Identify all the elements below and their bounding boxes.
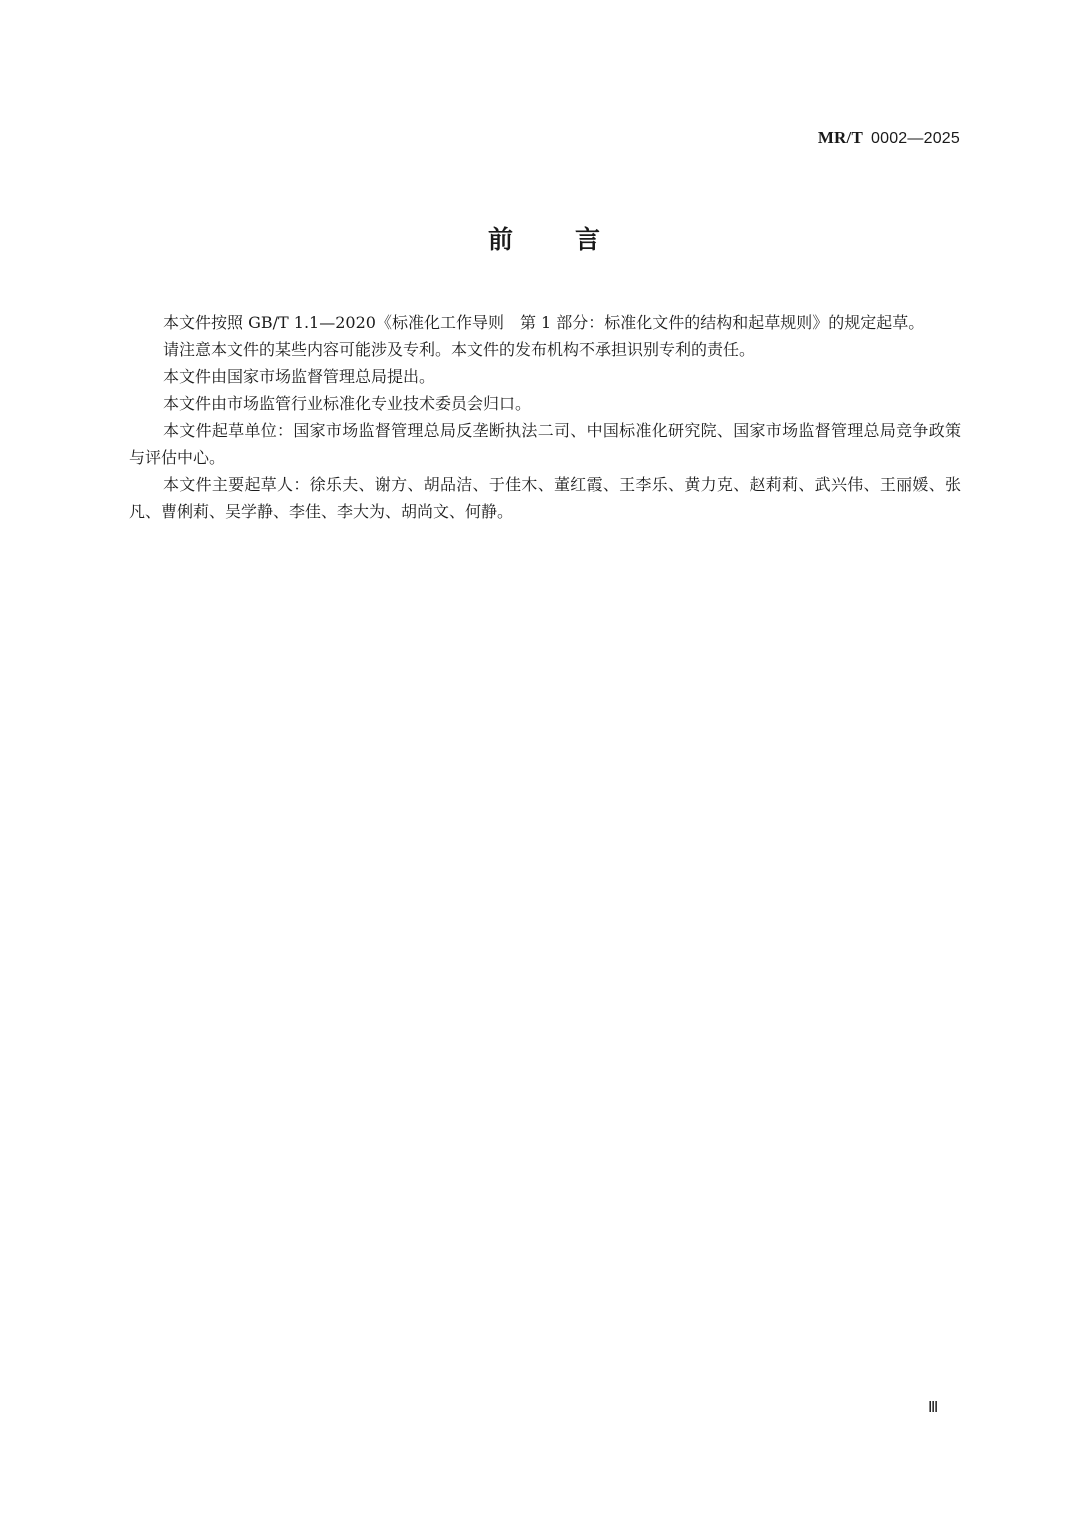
page-number: Ⅲ: [928, 1398, 938, 1417]
title-char-1: 前: [488, 220, 513, 256]
foreword-body: 本文件按照 GB/T 1.1—2020《标准化工作导则 第 1 部分：标准化文件…: [129, 309, 961, 525]
paragraph-drafting-organizations: 本文件起草单位：国家市场监督管理总局反垄断执法二司、中国标准化研究院、国家市场监…: [129, 417, 961, 471]
title-char-2: 言: [575, 220, 600, 256]
document-code-prefix: MR/T: [818, 128, 863, 147]
document-code: MR/T0002—2025: [818, 128, 960, 148]
document-code-number: 0002—2025: [871, 130, 960, 147]
paragraph-under-jurisdiction: 本文件由市场监管行业标准化专业技术委员会归口。: [129, 390, 961, 417]
page-title: 前言: [0, 220, 1074, 256]
paragraph-main-drafters: 本文件主要起草人：徐乐夫、谢方、胡品洁、于佳木、董红霞、王李乐、黄力克、赵莉莉、…: [129, 471, 961, 525]
paragraph-proposed-by: 本文件由国家市场监督管理总局提出。: [129, 363, 961, 390]
paragraph-drafting-rules: 本文件按照 GB/T 1.1—2020《标准化工作导则 第 1 部分：标准化文件…: [129, 309, 961, 336]
paragraph-patent-notice: 请注意本文件的某些内容可能涉及专利。本文件的发布机构不承担识别专利的责任。: [129, 336, 961, 363]
